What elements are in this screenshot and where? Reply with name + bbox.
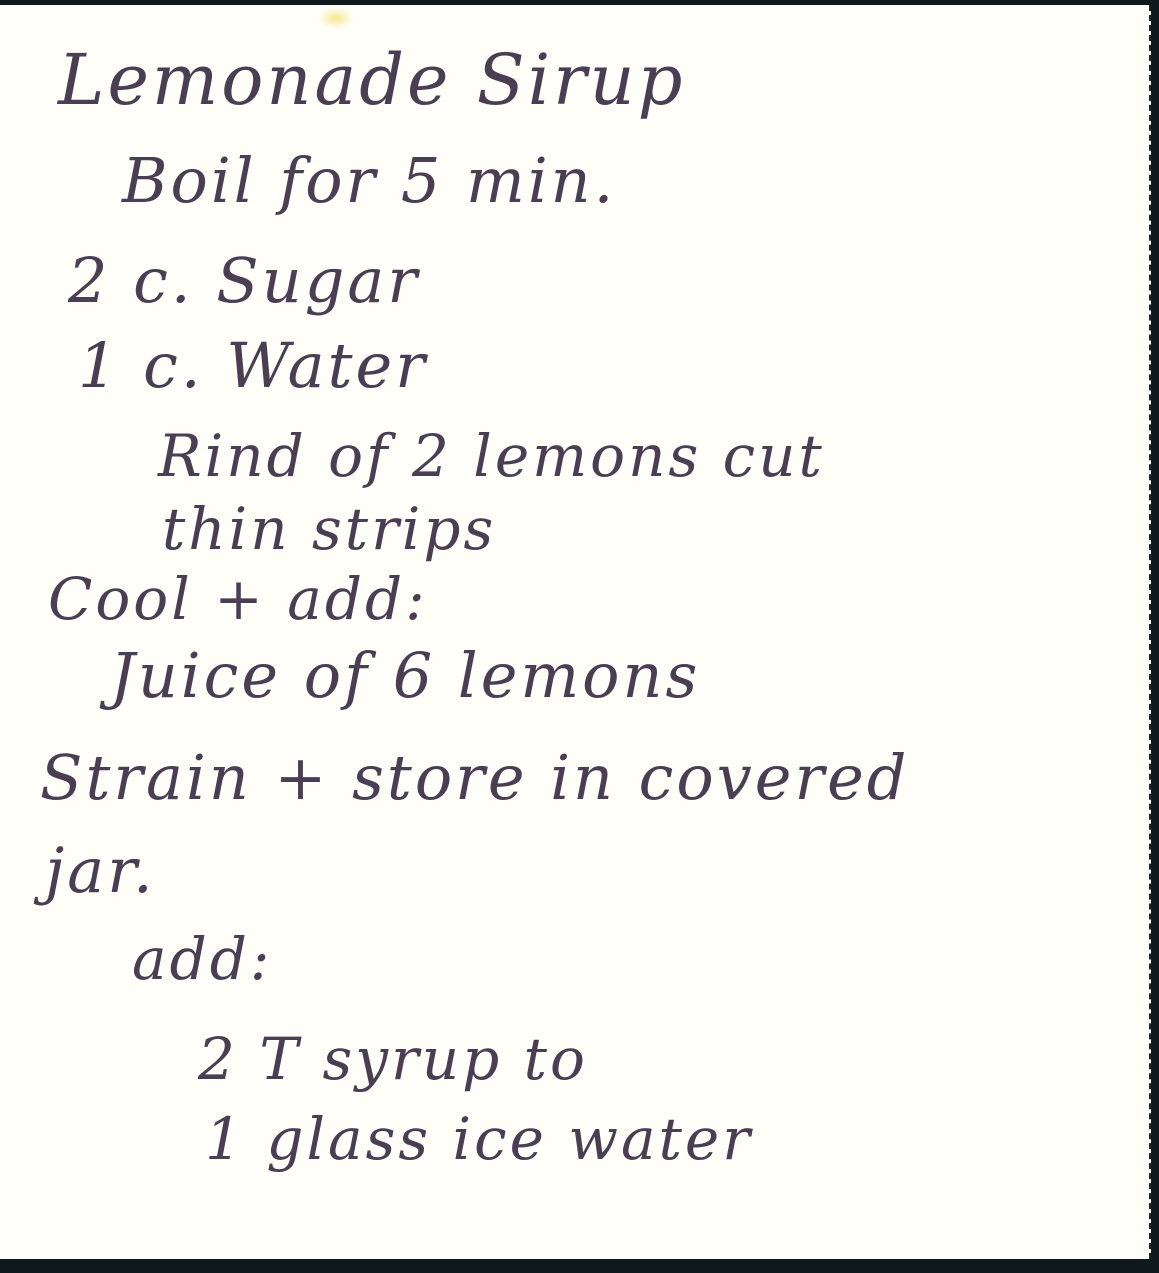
serve-label: add:	[132, 930, 272, 988]
recipe-title: Lemonade Sirup	[58, 45, 685, 115]
ingredient-rind-cont: thin strips	[162, 500, 496, 558]
ingredient-water: 1 c. Water	[78, 335, 428, 397]
juice-item: Juice of 6 lemons	[110, 645, 700, 707]
serve-water: 1 glass ice water	[205, 1110, 753, 1168]
recipe-card: Lemonade Sirup Boil for 5 min. 2 c. Suga…	[0, 5, 1151, 1259]
ingredient-rind: Rind of 2 lemons cut	[158, 427, 825, 485]
ingredient-sugar: 2 c. Sugar	[68, 250, 420, 312]
strain-instruction-cont: jar.	[45, 840, 156, 902]
serve-syrup: 2 T syrup to	[198, 1030, 588, 1088]
boil-instruction: Boil for 5 min.	[122, 150, 616, 212]
strain-instruction: Strain + store in covered	[40, 747, 909, 809]
cool-add-label: Cool + add:	[48, 570, 428, 628]
paper-stain	[318, 7, 354, 29]
